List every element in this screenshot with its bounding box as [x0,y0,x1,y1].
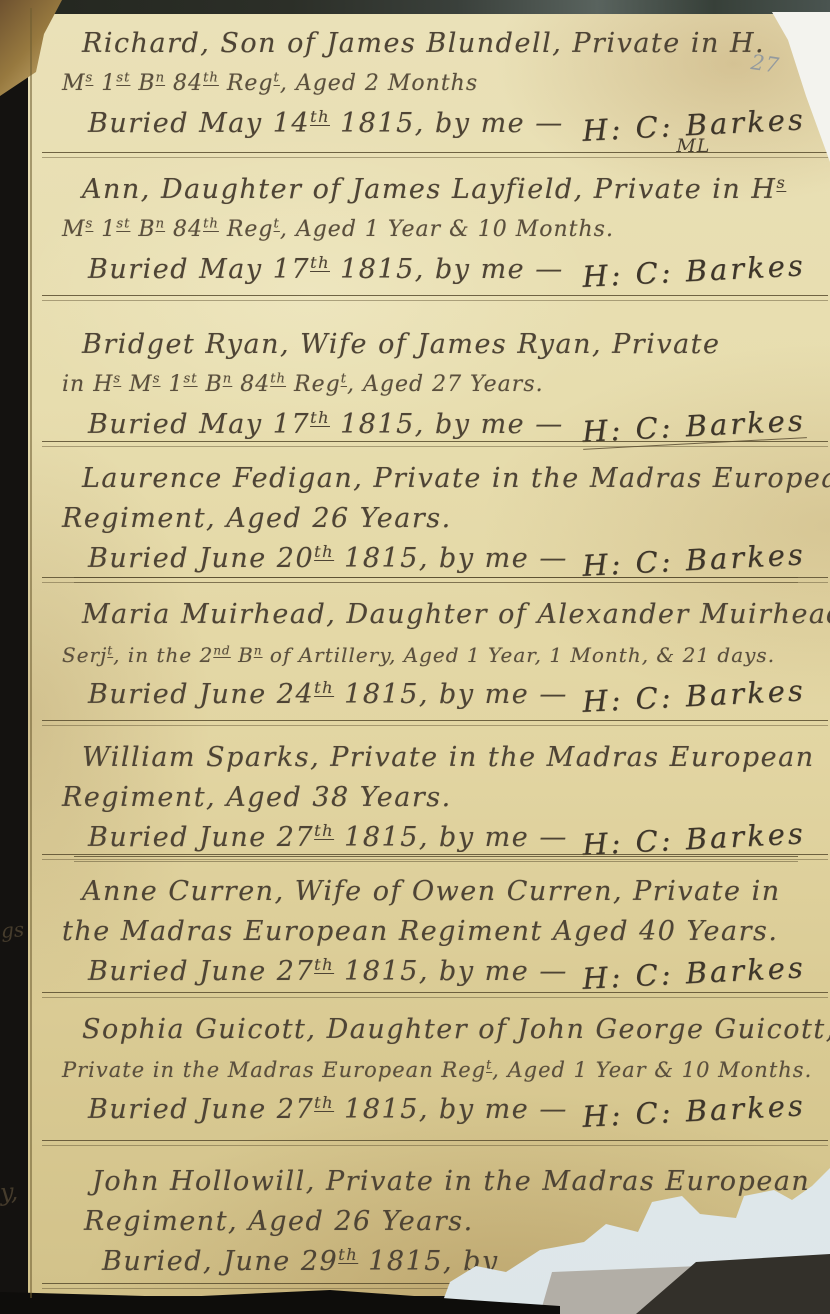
burial-statement: Buried June 24th 1815, by me — [58,675,568,715]
entry-text-line2: Private in the Madras European Regt, Age… [58,1050,824,1090]
signature-wrap: H: C: Barkes [582,819,806,853]
burial-row: Buried June 27th 1815, by me — H: C: Bar… [58,1090,824,1130]
burial-row: Buried June 24th 1815, by me — H: C: Bar… [58,675,824,715]
burial-row: Buried May 17th 1815, by me — H: C: Bark… [58,250,824,290]
entry-text-line1: Laurence Fedigan, Private in the Madras … [58,449,824,499]
signature-wrap: H: C: Barkes [582,1091,806,1125]
clergyman-signature: H: C: Barkes [582,537,807,583]
burial-entry: Ann, Daughter of James Layfield, Private… [58,160,824,303]
entry-text-line1: John Hollowill, Private in the Madras Eu… [58,1148,824,1202]
signature-wrap: H: C: Barkes [582,540,806,574]
entry-text-line1: Richard, Son of James Blundell, Private … [58,14,824,64]
book-top-edge [0,0,830,14]
entry-text-line2: Regiment, Aged 38 Years. [58,778,824,818]
register-page: 27 Richard, Son of James Blundell, Priva… [28,12,830,1296]
burial-statement: Buried June 27th 1815, by me — [58,952,568,992]
register-photo: 27 Richard, Son of James Blundell, Priva… [0,0,830,1314]
clergyman-signature: H: C: Barkes [582,248,807,294]
burial-entry: Maria Muirhead, Daughter of Alexander Mu… [58,585,824,728]
burial-statement: Buried, June 29th 1815, by [58,1242,499,1282]
burial-entry: Sophia Guicott, Daughter of John George … [58,1000,824,1148]
burial-entry: Laurence Fedigan, Private in the Madras … [58,449,824,585]
margin-writing-fragment: y, [0,1177,19,1206]
entry-text-line1: Ann, Daughter of James Layfield, Private… [58,160,824,210]
clergyman-signature: H: C: Barkes [582,816,807,862]
margin-writing-fragment: gs [0,917,25,943]
entry-text-line1: Sophia Guicott, Daughter of John George … [58,1000,824,1050]
entry-text-line1: Bridget Ryan, Wife of James Ryan, Privat… [58,303,824,365]
burial-row: Buried June 27th 1815, by me — H: C: Bar… [58,818,824,858]
entry-text-line2: Serjt, in the 2nd Bn of Artillery, Aged … [58,635,824,675]
entry-text-line1: Maria Muirhead, Daughter of Alexander Mu… [58,585,824,635]
burial-entry: William Sparks, Private in the Madras Eu… [58,728,824,862]
adjacent-page-edge [0,8,32,1298]
entry-text-line1: William Sparks, Private in the Madras Eu… [58,728,824,778]
burial-statement: Buried June 20th 1815, by me — [58,539,568,579]
burial-statement: Buried June 27th 1815, by me — [58,818,568,858]
entry-text-line2: Ms 1st Bn 84th Regt, Aged 1 Year & 10 Mo… [58,210,824,250]
clergyman-signature: H: C: Barkes [582,403,807,450]
signature-wrap: H: C: Barkes ML [582,105,806,139]
burial-row: Buried June 20th 1815, by me — H: C: Bar… [58,539,824,579]
burial-row: Buried May 14th 1815, by me — H: C: Bark… [58,104,824,144]
burial-row: Buried May 17th 1815, by me — H: C: Bark… [58,405,824,445]
entry-text-line2: Ms 1st Bn 84th Regt, Aged 2 Months [58,64,824,104]
burial-statement: Buried May 14th 1815, by me — [58,104,564,144]
entry-text-line2: the Madras European Regiment Aged 40 Yea… [58,912,824,952]
clergyman-signature: H: C: Barkes [582,950,807,996]
signature-wrap: H: C: Barkes [582,406,806,441]
entry-text-line1: Anne Curren, Wife of Owen Curren, Privat… [58,862,824,912]
burial-entry: Bridget Ryan, Wife of James Ryan, Privat… [58,303,824,449]
signature-note: ML [676,135,710,157]
signature-wrap: H: C: Barkes [582,676,806,710]
burial-entry: Anne Curren, Wife of Owen Curren, Privat… [58,862,824,1000]
burial-statement: Buried May 17th 1815, by me — [58,405,564,445]
burial-entry: Richard, Son of James Blundell, Private … [58,14,824,160]
signature-wrap: H: C: Barkes [582,251,806,285]
burial-row: Buried June 27th 1815, by me — H: C: Bar… [58,952,824,992]
entries-list: Richard, Son of James Blundell, Private … [58,14,824,1295]
signature-wrap: H: C: Barkes [582,953,806,987]
burial-statement: Buried June 27th 1815, by me — [58,1090,568,1130]
clergyman-signature: H: C: Barkes [582,1088,807,1134]
clergyman-signature: H: C: Barkes [582,673,807,719]
burial-statement: Buried May 17th 1815, by me — [58,250,564,290]
entry-text-line2: in Hs Ms 1st Bn 84th Regt, Aged 27 Years… [58,365,824,405]
entry-text-line2: Regiment, Aged 26 Years. [58,499,824,539]
